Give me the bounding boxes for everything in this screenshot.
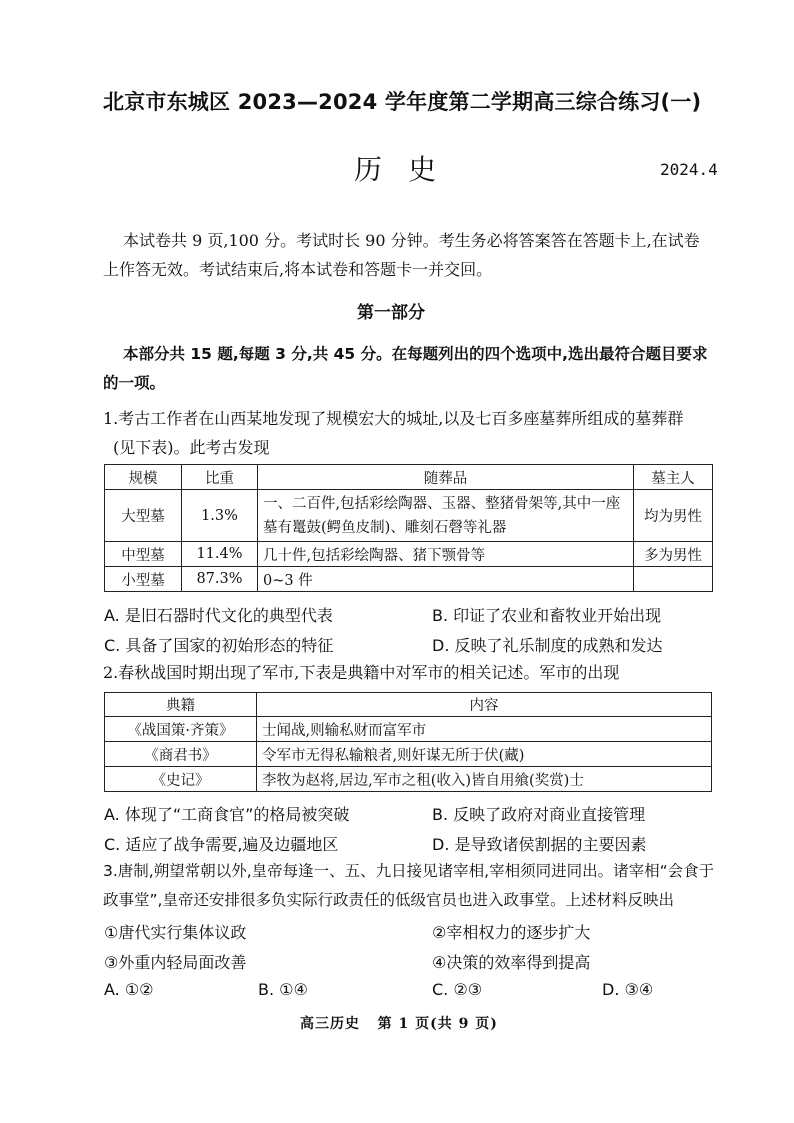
table-row: 《商君书》 令军市无得私输粮者,则奸谋无所于伏(藏) (105, 742, 712, 767)
table-header: 典籍 (105, 693, 257, 717)
question-3: 3.唐制,朔望常朝以外,皇帝每逢一、五、九日接见诸宰相,宰相须同进同出。诸宰相“… (103, 857, 715, 915)
option-b[interactable]: B. ①④ (258, 980, 308, 999)
subject-title: 历史 (354, 148, 462, 188)
option-c[interactable]: C. 适应了战争需要,遍及边疆地区 (104, 832, 338, 855)
table-cell: 《商君书》 (105, 742, 257, 767)
page-footer: 高三历史 第 1 页(共 9 页) (300, 1013, 498, 1033)
table-header: 墓主人 (634, 465, 713, 490)
question-number: 1. (103, 409, 118, 428)
question-2: 2.春秋战国时期出现了军市,下表是典籍中对军市的相关记述。军市的出现 (103, 658, 715, 687)
exam-title: 北京市东城区 2023—2024 学年度第二学期高三综合练习(一) (103, 86, 701, 116)
table-cell: 0~3 件 (258, 567, 634, 592)
question-stem-cont: 政事堂”,皇帝还安排很多负实际行政责任的低级官员也进入政事堂。上述材料反映出 (103, 886, 715, 915)
table-cell: 多为男性 (634, 542, 713, 567)
table-cell: 令军市无得私输粮者,则奸谋无所于伏(藏) (257, 742, 712, 767)
table-cell: 《战国策·齐策》 (105, 717, 257, 742)
question-number: 2. (103, 663, 118, 682)
table-header: 比重 (182, 465, 258, 490)
table-cell: 大型墓 (105, 490, 182, 542)
table-row: 《战国策·齐策》 士闻战,则输私财而富军市 (105, 717, 712, 742)
option-a[interactable]: A. 是旧石器时代文化的典型代表 (104, 603, 333, 626)
table-cell: 几十件,包括彩绘陶器、猪下颚骨等 (258, 542, 634, 567)
table-cell (634, 567, 713, 592)
table-row: 《史记》 李牧为赵将,居边,军市之租(收入)皆自用飨(奖赏)士 (105, 767, 712, 792)
table-header: 内容 (257, 693, 712, 717)
option-a[interactable]: A. 体现了“工商食官”的格局被突破 (104, 802, 349, 825)
statement-4: ④决策的效率得到提高 (432, 950, 590, 973)
question-stem: 唐制,朔望常朝以外,皇帝每逢一、五、九日接见诸宰相,宰相须同进同出。诸宰相“会食… (118, 862, 714, 880)
statement-2: ②宰相权力的逐步扩大 (432, 920, 590, 943)
table-cell: 1.3% (182, 490, 258, 542)
table-row: 中型墓 11.4% 几十件,包括彩绘陶器、猪下颚骨等 多为男性 (105, 542, 713, 567)
table-row: 小型墓 87.3% 0~3 件 (105, 567, 713, 592)
table-cell: 《史记》 (105, 767, 257, 792)
option-a[interactable]: A. ①② (104, 980, 154, 999)
table-cell: 11.4% (182, 542, 258, 567)
military-market-table: 典籍 内容 《战国策·齐策》 士闻战,则输私财而富军市 《商君书》 令军市无得私… (104, 692, 712, 792)
statement-1: ①唐代实行集体议政 (104, 920, 246, 943)
option-d[interactable]: D. 反映了礼乐制度的成熟和发达 (432, 633, 663, 656)
exam-instructions: 本试卷共 9 页,100 分。考试时长 90 分钟。考生务必将答案答在答题卡上,… (103, 226, 715, 284)
question-stem-cont: (见下表)。此考古发现 (103, 433, 715, 462)
tomb-table: 规模 比重 随葬品 墓主人 大型墓 1.3% 一、二百件,包括彩绘陶器、玉器、整… (104, 464, 713, 592)
option-c[interactable]: C. ②③ (432, 980, 482, 999)
part-instructions: 本部分共 15 题,每题 3 分,共 45 分。在每题列出的四个选项中,选出最符… (103, 340, 715, 398)
question-stem: 春秋战国时期出现了军市,下表是典籍中对军市的相关记述。军市的出现 (118, 663, 619, 682)
table-cell: 一、二百件,包括彩绘陶器、玉器、整猪骨架等,其中一座墓有鼍鼓(鳄鱼皮制)、雕刻石… (258, 490, 634, 542)
table-cell: 均为男性 (634, 490, 713, 542)
table-cell: 87.3% (182, 567, 258, 592)
table-header: 规模 (105, 465, 182, 490)
table-cell: 小型墓 (105, 567, 182, 592)
question-stem: 考古工作者在山西某地发现了规模宏大的城址,以及七百多座墓葬所组成的墓葬群 (118, 409, 683, 428)
option-d[interactable]: D. ③④ (602, 980, 653, 999)
option-d[interactable]: D. 是导致诸侯割据的主要因素 (432, 832, 647, 855)
question-1: 1.考古工作者在山西某地发现了规模宏大的城址,以及七百多座墓葬所组成的墓葬群 (… (103, 404, 715, 462)
table-cell: 李牧为赵将,居边,军市之租(收入)皆自用飨(奖赏)士 (257, 767, 712, 792)
table-header-row: 典籍 内容 (105, 693, 712, 717)
table-row: 大型墓 1.3% 一、二百件,包括彩绘陶器、玉器、整猪骨架等,其中一座墓有鼍鼓(… (105, 490, 713, 542)
option-c[interactable]: C. 具备了国家的初始形态的特征 (104, 633, 333, 656)
exam-date: 2024.4 (660, 160, 718, 179)
part-title: 第一部分 (357, 298, 425, 323)
table-cell: 士闻战,则输私财而富军市 (257, 717, 712, 742)
question-number: 3. (103, 862, 118, 880)
table-header-row: 规模 比重 随葬品 墓主人 (105, 465, 713, 490)
table-header: 随葬品 (258, 465, 634, 490)
statement-3: ③外重内轻局面改善 (104, 950, 246, 973)
option-b[interactable]: B. 反映了政府对商业直接管理 (432, 802, 645, 825)
option-b[interactable]: B. 印证了农业和畜牧业开始出现 (432, 603, 661, 626)
table-cell: 中型墓 (105, 542, 182, 567)
